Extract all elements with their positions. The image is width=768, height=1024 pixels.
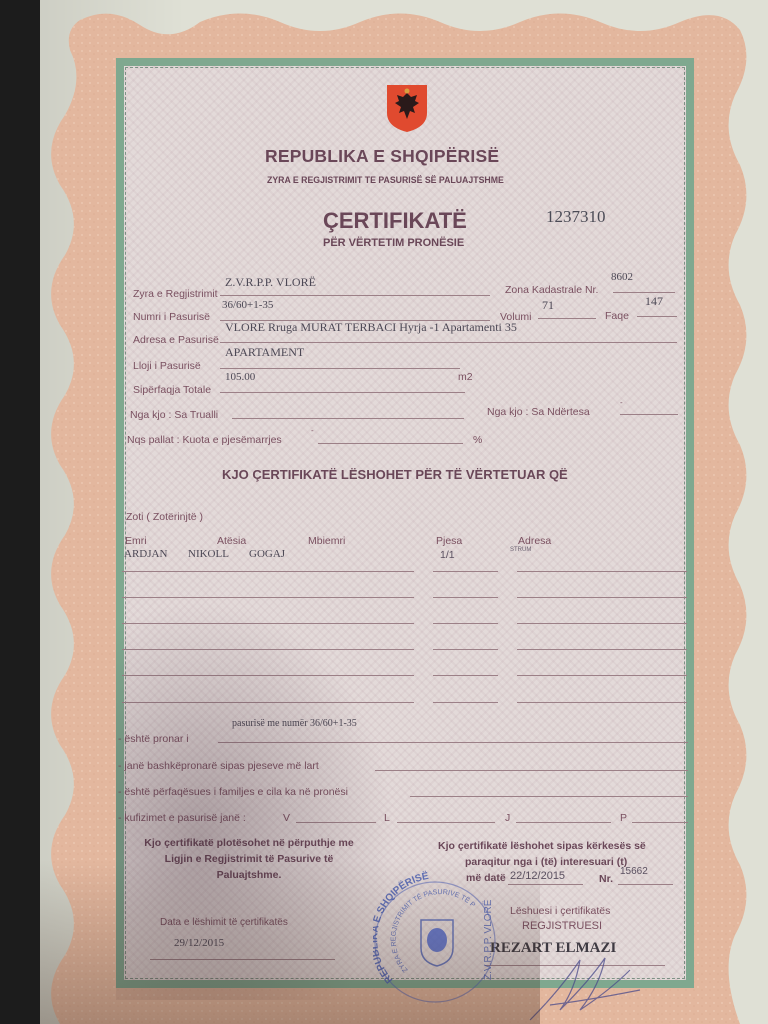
- boundary-v-line: [296, 822, 376, 823]
- owner-table-line: [122, 675, 414, 676]
- owner-table-line: [122, 597, 414, 598]
- cadastral-zone-line: [613, 292, 675, 293]
- owner-table-line: [517, 649, 687, 650]
- boundary-p-label: P: [620, 812, 627, 824]
- column-share: Pjesa: [436, 535, 462, 547]
- owner-table-line: [122, 702, 414, 703]
- column-father: Atësia: [217, 535, 246, 547]
- total-area-label: Sipërfaqja Totale: [133, 384, 211, 396]
- property-number-label: Numri i Pasurisë: [133, 311, 210, 323]
- building-area-value: -: [620, 398, 623, 407]
- land-area-label: Nga kjo : Sa Trualli: [130, 409, 218, 421]
- owner-table-line: [517, 675, 687, 676]
- co-owners-line: [375, 770, 688, 771]
- compliance-text-line-1: Kjo çertifikatë plotësohet në përputhje …: [118, 837, 380, 849]
- certificate-subtitle: PËR VËRTETIM PRONËSIE: [323, 237, 464, 249]
- property-type-value: APARTAMENT: [225, 345, 304, 360]
- compliance-text-line-3: Paluajtshme.: [118, 869, 380, 881]
- owner-table-line: [517, 623, 687, 624]
- property-type-line: [220, 368, 460, 369]
- quota-unit: %: [473, 434, 482, 446]
- address-value: VLORE Rruga MURAT TERBACI Hyrja -1 Apart…: [225, 320, 517, 335]
- address-line: [220, 342, 677, 343]
- compliance-text-line-2: Ligjin e Regjistrimit të Pasurive të: [118, 853, 380, 865]
- land-area-line: [232, 418, 464, 419]
- boundaries-label: - kufizimet e pasurisë janë :: [118, 812, 246, 824]
- owner-table-line: [433, 702, 498, 703]
- office-heading: ZYRA E REGJISTRIMIT TE PASURISË SË PALUA…: [267, 175, 504, 186]
- area-unit: m2: [458, 371, 473, 383]
- issuer-label: Lëshuesi i çertifikatës: [510, 905, 610, 917]
- owner-table-line: [122, 649, 414, 650]
- volume-value: 71: [542, 298, 554, 313]
- request-nr-value: 15662: [620, 866, 648, 877]
- boundary-j-label: J: [505, 812, 510, 824]
- owner-table-line: [122, 571, 414, 572]
- country-heading: REPUBLIKA E SHQIPËRISË: [265, 146, 499, 167]
- total-area-line: [220, 392, 465, 393]
- property-number-value: 36/60+1-35: [222, 299, 273, 311]
- owner-address: STRUM: [510, 547, 531, 553]
- quota-value: -: [311, 426, 314, 435]
- owner-table-line: [433, 649, 498, 650]
- boundary-v-label: V: [283, 812, 290, 824]
- owner-name: ARDJAN: [124, 548, 167, 560]
- owner-table-line: [433, 571, 498, 572]
- registry-office-line: [220, 295, 490, 296]
- certificate-title: ÇERTIFIKATË: [323, 208, 467, 234]
- owner-table-line: [433, 623, 498, 624]
- owner-of-value: pasurisë me numër 36/60+1-35: [232, 718, 357, 729]
- owner-table-line: [122, 623, 414, 624]
- registry-office-label: Zyra e Regjistrimit: [133, 288, 218, 300]
- quota-line: [318, 443, 463, 444]
- page-line: [637, 316, 677, 317]
- owners-label: Zoti ( Zotërinjtë ): [126, 511, 203, 523]
- page-label: Faqe: [605, 310, 629, 322]
- property-type-label: Lloji i Pasurisë: [133, 360, 201, 372]
- registry-office-value: Z.V.R.P.P. VLORË: [225, 275, 316, 290]
- request-text-line-1: Kjo çertifikatë lëshohet sipas kërkesës …: [438, 840, 646, 852]
- volume-line: [538, 318, 596, 319]
- boundary-j-line: [516, 822, 611, 823]
- owner-table-line: [517, 597, 687, 598]
- request-nr-line: [618, 884, 673, 885]
- official-stamp-icon: REPUBLIKA E SHQIPËRISË ZYRA E REGJISTRIM…: [373, 870, 513, 1010]
- owner-of-label: - është pronar i: [118, 733, 189, 745]
- column-surname: Mbiemri: [308, 535, 345, 547]
- boundary-l-label: L: [384, 812, 390, 824]
- owner-table-line: [433, 597, 498, 598]
- owner-of-line: [218, 742, 688, 743]
- boundary-l-line: [397, 822, 495, 823]
- owner-table-line: [517, 702, 687, 703]
- issue-date-value: 29/12/2015: [174, 937, 224, 949]
- albanian-coat-of-arms-icon: [385, 83, 429, 133]
- column-address: Adresa: [518, 535, 551, 547]
- request-date-line: [508, 884, 583, 885]
- svg-text:Z.V.R.P.P. VLORË: Z.V.R.P.P. VLORË: [482, 899, 494, 980]
- address-label: Adresa e Pasurisë: [133, 334, 219, 346]
- owner-share: 1/1: [440, 549, 455, 561]
- issuer-role: REGJISTRUESI: [522, 920, 602, 932]
- owner-table-line: [517, 571, 687, 572]
- issue-date-label: Data e lëshimit të çertifikatës: [160, 917, 288, 928]
- issue-date-line: [150, 959, 335, 960]
- co-owners-label: - janë bashkëpronarë sipas pjeseve më la…: [118, 760, 319, 772]
- signature-icon: [520, 950, 660, 1024]
- cadastral-zone-label: Zona Kadastrale Nr.: [505, 284, 598, 296]
- owner-table-line: [433, 675, 498, 676]
- certifies-heading: KJO ÇERTIFIKATË LËSHOHET PËR TË VËRTETUA…: [222, 467, 568, 482]
- serial-number: 1237310: [546, 207, 606, 227]
- quota-label: Nqs pallat : Kuota e pjesëmarrjes: [127, 434, 282, 446]
- family-representative-line: [410, 796, 688, 797]
- request-date-value: 22/12/2015: [510, 870, 565, 882]
- request-nr-label: Nr.: [599, 873, 613, 885]
- page-value: 147: [645, 294, 663, 309]
- total-area-value: 105.00: [225, 371, 255, 383]
- cadastral-zone-value: 8602: [611, 271, 633, 283]
- building-area-line: [620, 414, 678, 415]
- family-representative-label: - është përfaqësues i familjes e cila ka…: [118, 786, 348, 798]
- boundary-p-line: [632, 822, 688, 823]
- building-area-label: Nga kjo : Sa Ndërtesa: [487, 406, 590, 418]
- request-text-line-2: paraqitur nga i (të) interesuari (t): [465, 856, 627, 868]
- owner-father: NIKOLL: [188, 548, 229, 560]
- owner-surname: GOGAJ: [249, 548, 285, 560]
- svg-text:ZYRA E REGJISTRIMIT TË PASURIV: ZYRA E REGJISTRIMIT TË PASURIVE TË PALUA…: [373, 870, 476, 973]
- column-name: Emri: [125, 535, 147, 547]
